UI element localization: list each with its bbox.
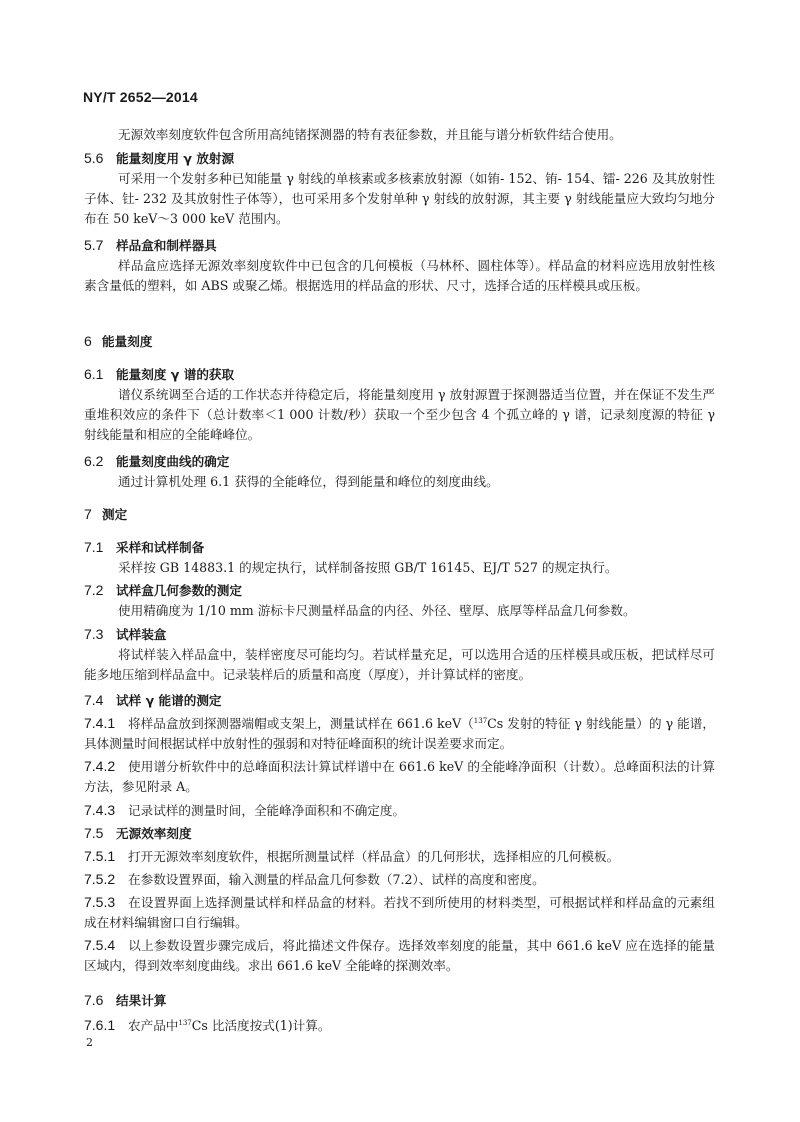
clause-7-4-2: 7.4.2使用谱分析软件中的总峰面积法计算试样谱中在 661.6 keV 的全能… [84, 756, 715, 797]
section-body: 谱仪系统调至合适的工作状态并待稳定后，将能量刻度用 γ 放射源置于探测器适当位置… [84, 385, 715, 445]
clause-7-4-3: 7.4.3记录试样的测量时间，全能峰净面积和不确定度。 [84, 800, 715, 821]
standard-code-header: NY/T 2652—2014 [83, 89, 198, 105]
isotope-mass-number: 137 [178, 1019, 191, 1027]
section-5-6: 5.6能量刻度用 γ 放射源 可采用一个发射多种已知能量 γ 射线的单核素或多核… [84, 148, 715, 229]
section-7-3: 7.3试样装盒 将试样装入样品盒中，装样密度尽可能均匀。若试样量充足，可以选用合… [84, 624, 715, 685]
clause-text: 使用谱分析软件中的总峰面积法计算试样谱中在 661.6 keV 的全能峰净面积（… [84, 759, 715, 794]
section-title: 能量刻度 γ 谱的获取 [116, 367, 234, 382]
section-number: 7.1 [84, 537, 116, 557]
section-title: 采样和试样制备 [116, 540, 204, 555]
section-number: 5.6 [84, 148, 116, 168]
section-5-7: 5.7样品盒和制样器具 样品盒应选择无源效率刻度软件中已包含的几何模板（马林杯、… [84, 235, 715, 296]
clause-number: 7.6.1 [84, 1015, 128, 1035]
section-number: 6.2 [84, 451, 116, 471]
section-number: 7.3 [84, 624, 116, 644]
section-heading: 5.7样品盒和制样器具 [84, 235, 715, 256]
section-body: 采样按 GB 14883.1 的规定执行，试样制备按照 GB/T 16145、E… [84, 558, 715, 578]
chapter-heading: 7测定 [84, 504, 715, 525]
section-heading: 5.6能量刻度用 γ 放射源 [84, 148, 715, 169]
section-7-1: 7.1采样和试样制备 采样按 GB 14883.1 的规定执行，试样制备按照 G… [84, 537, 715, 578]
section-number: 6.1 [84, 364, 116, 384]
clause-number: 7.4.1 [84, 713, 128, 733]
clause-number: 7.4.3 [84, 800, 128, 820]
section-heading: 6.2能量刻度曲线的确定 [84, 451, 715, 472]
clause-number: 7.5.2 [84, 869, 128, 889]
clause-text: 打开无源效率刻度软件，根据所测量试样（样品盒）的几何形状，选择相应的几何模板。 [128, 849, 619, 864]
chapter-number: 6 [84, 331, 102, 351]
clause-7-4-1: 7.4.1将样品盒放到探测器端帽或支架上，测量试样在 661.6 keV（137… [84, 711, 715, 754]
intro-paragraph: 无源效率刻度软件包含所用高纯锗探测器的特有表征参数，并且能与谱分析软件结合使用。 [88, 125, 715, 145]
section-title: 无源效率刻度 [116, 826, 192, 841]
clause-7-5-2: 7.5.2在参数设置界面，输入测量的样品盒几何参数（7.2）、试样的高度和密度。 [84, 869, 715, 890]
section-7-2: 7.2试样盒几何参数的测定 使用精确度为 1/10 mm 游标卡尺测量样品盒的内… [84, 580, 715, 621]
isotope-mass-number: 137 [474, 717, 487, 725]
document-page: NY/T 2652—2014 无源效率刻度软件包含所用高纯锗探测器的特有表征参数… [0, 0, 800, 1122]
clause-text: 以上参数设置步骤完成后，将此描述文件保存。选择效率刻度的能量，其中 661.6 … [84, 938, 715, 973]
clause-7-5-1: 7.5.1打开无源效率刻度软件，根据所测量试样（样品盒）的几何形状，选择相应的几… [84, 846, 715, 867]
section-title: 试样盒几何参数的测定 [116, 583, 242, 598]
section-heading: 7.4试样 γ 能谱的测定 [84, 690, 715, 711]
section-6-1: 6.1能量刻度 γ 谱的获取 谱仪系统调至合适的工作状态并待稳定后，将能量刻度用… [84, 364, 715, 445]
section-body: 样品盒应选择无源效率刻度软件中已包含的几何模板（马林杯、圆柱体等）。样品盒的材料… [84, 256, 715, 296]
section-7-4: 7.4试样 γ 能谱的测定 7.4.1将样品盒放到探测器端帽或支架上，测量试样在… [84, 690, 715, 754]
section-number: 7.6 [84, 990, 116, 1010]
clause-number: 7.5.3 [84, 892, 128, 912]
chapter-6: 6能量刻度 [84, 331, 715, 352]
chapter-title: 测定 [102, 507, 127, 522]
section-body: 使用精确度为 1/10 mm 游标卡尺测量样品盒的内径、外径、壁厚、底厚等样品盒… [84, 601, 715, 621]
chapter-7: 7测定 [84, 504, 715, 525]
page-number: 2 [86, 1036, 93, 1049]
section-body: 将试样装入样品盒中，装样密度尽可能均匀。若试样量充足，可以选用合适的压样模具或压… [84, 645, 715, 685]
clause-text: 在设置界面上选择测量试样和样品盒的材料。若找不到所使用的材料类型，可根据试样和样… [84, 895, 715, 930]
section-title: 试样 γ 能谱的测定 [116, 693, 222, 708]
clause-7-5-3: 7.5.3在设置界面上选择测量试样和样品盒的材料。若找不到所使用的材料类型，可根… [84, 892, 715, 933]
chapter-number: 7 [84, 504, 102, 524]
section-number: 5.7 [84, 235, 116, 255]
clause-number: 7.5.1 [84, 846, 128, 866]
section-title: 试样装盒 [116, 627, 166, 642]
section-body: 可采用一个发射多种已知能量 γ 射线的单核素或多核素放射源（如铕- 152、铕-… [84, 169, 715, 229]
section-title: 能量刻度曲线的确定 [116, 454, 229, 469]
clause-7-5-4: 7.5.4以上参数设置步骤完成后，将此描述文件保存。选择效率刻度的能量，其中 6… [84, 935, 715, 976]
section-6-2: 6.2能量刻度曲线的确定 通过计算机处理 6.1 获得的全能峰位，得到能量和峰位… [84, 451, 715, 492]
section-title: 结果计算 [116, 993, 166, 1008]
section-heading: 7.5无源效率刻度 [84, 823, 715, 844]
clause-text-post: Cs 比活度按式(1)计算。 [192, 1018, 331, 1033]
section-number: 7.5 [84, 823, 116, 843]
section-heading: 7.2试样盒几何参数的测定 [84, 580, 715, 601]
chapter-heading: 6能量刻度 [84, 331, 715, 352]
clause-7-4-3-block: 7.4.3记录试样的测量时间，全能峰净面积和不确定度。 [84, 800, 715, 821]
clause-text-pre: 农产品中 [128, 1018, 178, 1033]
section-heading: 6.1能量刻度 γ 谱的获取 [84, 364, 715, 385]
clause-number: 7.4.2 [84, 756, 128, 776]
chapter-title: 能量刻度 [102, 334, 152, 349]
section-title: 能量刻度用 γ 放射源 [116, 151, 234, 166]
section-number: 7.2 [84, 580, 116, 600]
clause-7-4-2-block: 7.4.2使用谱分析软件中的总峰面积法计算试样谱中在 661.6 keV 的全能… [84, 756, 715, 797]
section-heading: 7.1采样和试样制备 [84, 537, 715, 558]
clause-number: 7.5.4 [84, 935, 128, 955]
section-heading: 7.3试样装盒 [84, 624, 715, 645]
section-number: 7.4 [84, 690, 116, 710]
section-heading: 7.6结果计算 [84, 990, 715, 1011]
section-title: 样品盒和制样器具 [116, 238, 217, 253]
clause-7-6-1: 7.6.1农产品中137Cs 比活度按式(1)计算。 [84, 1013, 715, 1036]
clause-text: 在参数设置界面，输入测量的样品盒几何参数（7.2）、试样的高度和密度。 [128, 872, 545, 887]
section-body: 通过计算机处理 6.1 获得的全能峰位，得到能量和峰位的刻度曲线。 [84, 472, 715, 492]
clause-text-pre: 将样品盒放到探测器端帽或支架上，测量试样在 661.6 keV（ [128, 716, 474, 731]
section-7-5: 7.5无源效率刻度 7.5.1打开无源效率刻度软件，根据所测量试样（样品盒）的几… [84, 823, 715, 976]
clause-text: 记录试样的测量时间，全能峰净面积和不确定度。 [128, 803, 405, 818]
intro-block: 无源效率刻度软件包含所用高纯锗探测器的特有表征参数，并且能与谱分析软件结合使用。 [88, 125, 715, 145]
section-7-6: 7.6结果计算 7.6.1农产品中137Cs 比活度按式(1)计算。 [84, 990, 715, 1036]
